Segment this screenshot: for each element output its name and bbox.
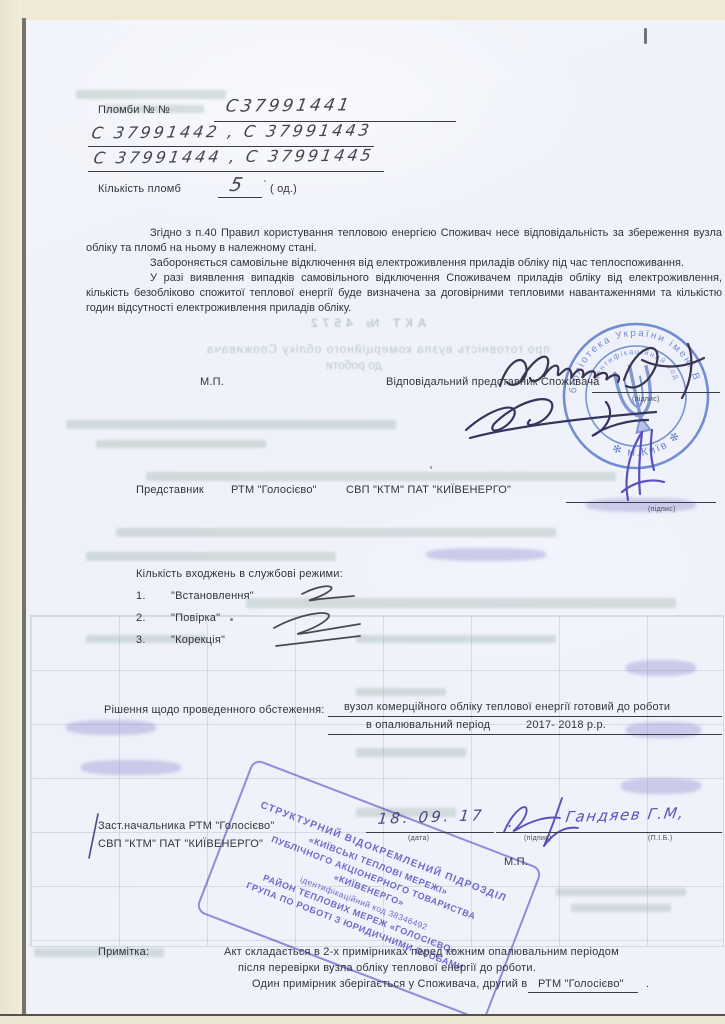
mp-label-top: М.П.	[200, 376, 224, 388]
service-mode-label-1: "Встановлення"	[171, 590, 254, 602]
seal-numbers-line1: С37991441	[224, 95, 353, 116]
bleedthrough-hand-blob	[426, 548, 546, 561]
service-modes-handwritten-marks	[268, 576, 368, 654]
seal-count-unit: ( од.)	[270, 183, 297, 195]
seal-count-label: Кількість пломб	[98, 183, 181, 195]
note-label: Примітка:	[98, 946, 149, 958]
service-mode-num-2: 2.	[136, 612, 146, 624]
scanner-background-left	[0, 0, 22, 1024]
bleedthrough-act-number: АКТ № 4572	[306, 316, 426, 330]
terms-paragraphs: Згідно з п.40 Правил користування теплов…	[86, 226, 722, 315]
representative-label: Представник	[136, 484, 204, 496]
blank-line	[218, 197, 262, 198]
decision-value-line1: вузол комерційного обліку теплової енерг…	[344, 701, 670, 713]
scan-artifact	[430, 466, 432, 469]
scanner-background-bottom	[0, 1014, 725, 1024]
bleedthrough-text-blob	[146, 472, 616, 481]
decision-value-line2-value: 2017- 2018 р.р.	[526, 719, 606, 731]
bleedthrough-text-blob	[76, 90, 226, 99]
scanned-document: АКТ № 4572 про готовність вузла комерцій…	[0, 0, 725, 1024]
scan-artifact	[644, 28, 647, 44]
service-mode-num-3: 3.	[136, 634, 146, 646]
date-caption: (дата)	[408, 835, 429, 842]
representative-org1: РТМ "Голосієво"	[231, 484, 317, 496]
bleedthrough-line: до роботи	[326, 358, 382, 372]
signature-name-line	[496, 832, 722, 833]
bleedthrough-hand-blob	[626, 722, 701, 738]
date-line	[366, 832, 494, 833]
bleedthrough-hand-blob	[621, 778, 701, 794]
signature-caption: (підпис)	[524, 835, 552, 842]
bleedthrough-text-blob	[356, 635, 556, 643]
document-page: АКТ № 4572 про готовність вузла комерцій…	[26, 20, 725, 1016]
terms-p2: Забороняється самовільне відключення від…	[86, 256, 722, 271]
bleedthrough-hand-blob	[66, 720, 156, 735]
terms-p3: У разі виявлення випадків самовільного в…	[86, 271, 722, 316]
name-caption: (П.І.Б.)	[648, 835, 672, 842]
note-line3-suffix: .	[646, 978, 649, 990]
service-mode-label-3: "Корекція"	[171, 634, 225, 646]
bleedthrough-text-blob	[556, 888, 686, 896]
note-line1: Акт складається в 2-х примірниках перед …	[224, 946, 619, 958]
decision-line2-rule	[328, 734, 722, 735]
blank-line	[88, 171, 384, 172]
seal-numbers-line3: С 37991444 , С 37991445	[92, 146, 375, 168]
provider-signature	[600, 424, 672, 506]
representative-org2: СВП "КТМ" ПАТ "КИЇВЕНЕРГО"	[346, 484, 511, 496]
note-line3-prefix: Один примірник зберігається у Споживача,…	[252, 978, 527, 990]
note-line2: після перевірки вузла обліку теплової ен…	[238, 962, 536, 974]
note-blank-line	[528, 992, 638, 993]
bleedthrough-text-blob	[356, 748, 466, 757]
decision-label: Рішення щодо проведенного обстеження:	[104, 704, 325, 716]
bleedthrough-text-blob	[356, 688, 446, 696]
bleedthrough-hand-blob	[626, 660, 696, 676]
bleedthrough-hand-blob	[81, 760, 181, 775]
official-position-line1: Заст.начальника РТМ "Голосієво"	[98, 820, 274, 832]
signature-caption: (підпис)	[648, 506, 676, 513]
seal-count-value: 5	[228, 174, 245, 196]
service-mode-num-1: 1.	[136, 590, 146, 602]
service-mode-label-2: "Повірка"	[171, 612, 220, 624]
seals-label: Пломби № №	[98, 104, 170, 116]
scan-artifact	[264, 180, 266, 182]
decision-line1-rule	[328, 716, 722, 717]
official-position-line2: СВП "КТМ" ПАТ "КИЇВЕНЕРГО"	[98, 838, 263, 850]
decision-value-line2-prefix: в опалювальний період	[366, 719, 490, 731]
mp-label-bottom: М.П.	[504, 856, 528, 868]
seal-numbers-line2: С 37991442 , С 37991443	[90, 121, 373, 143]
bleedthrough-text-blob	[571, 904, 671, 912]
bleedthrough-text-blob	[116, 528, 556, 537]
date-value: 18. 09. 17	[377, 806, 486, 828]
scan-artifact	[230, 618, 233, 621]
note-line3-value: РТМ "Голосієво"	[538, 978, 624, 990]
bleedthrough-text-blob	[86, 552, 336, 561]
bleedthrough-text-blob	[96, 440, 266, 448]
terms-p1: Згідно з п.40 Правил користування теплов…	[86, 226, 722, 256]
bleedthrough-text-blob	[66, 420, 396, 429]
